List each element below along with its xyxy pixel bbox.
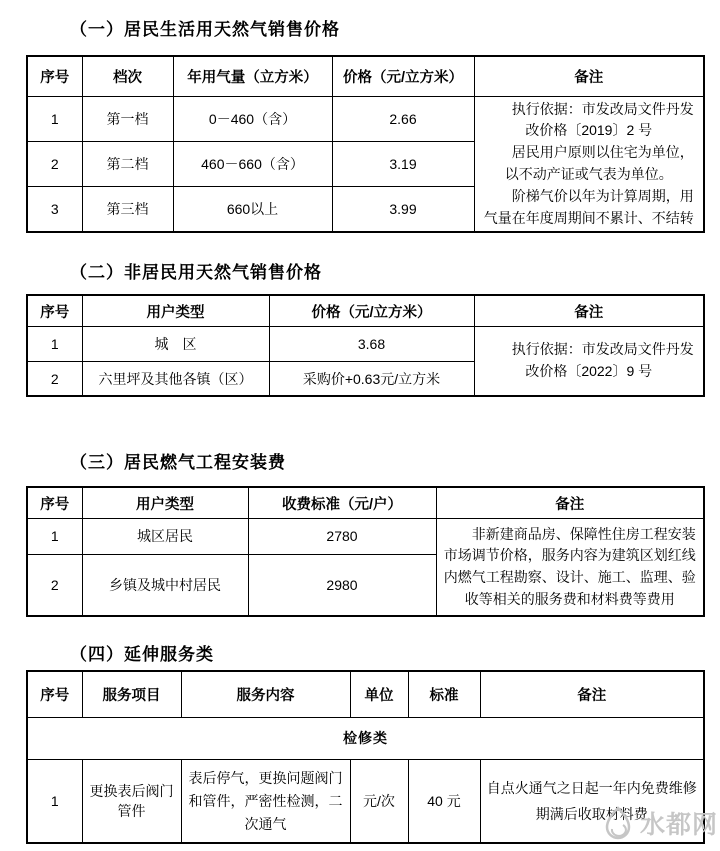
cell-service-item: 更换表后阀门管件 [82, 759, 181, 843]
cell-seq: 3 [27, 187, 82, 233]
group-label-cell: 检修类 [27, 717, 704, 759]
col-header-unit: 单位 [350, 671, 408, 717]
cell-price: 3.19 [332, 141, 474, 186]
cell-unit: 元/次 [350, 759, 408, 843]
remark-cell: 自点火通气之日起一年内免费维修期满后收取材料费 [480, 759, 704, 843]
remark-paragraph: 阶梯气价以年为计算周期，用气量在年度周期间不累计、不结转 [479, 186, 700, 230]
cell-user-type: 乡镇及城中村居民 [82, 554, 248, 616]
cell-user-type: 城 区 [82, 326, 269, 361]
cell-seq: 1 [27, 96, 82, 141]
table-header-row: 序号 服务项目 服务内容 单位 标准 备注 [27, 671, 704, 717]
remark-paragraph: 执行依据：市发改局文件丹发改价格〔2022〕9 号 [479, 339, 700, 383]
cell-seq: 1 [27, 518, 82, 554]
cell-user-type: 城区居民 [82, 518, 248, 554]
document-page: （一）居民生活用天然气销售价格 序号 档次 年用气量（立方米） 价格（元/立方米… [0, 0, 720, 851]
cell-seq: 2 [27, 554, 82, 616]
col-header-seq: 序号 [27, 295, 82, 326]
col-header-tier: 档次 [82, 56, 173, 96]
remark-paragraph: 执行依据：市发改局文件丹发改价格〔2019〕2 号 [479, 99, 700, 143]
cell-tier: 第三档 [82, 187, 173, 233]
table-row: 1 更换表后阀门管件 表后停气，更换问题阀门和管件，严密性检测，二次通气 元/次… [27, 759, 704, 843]
table-row: 1 城区居民 2780 非新建商品房、保障性住房工程安装市场调节价格，服务内容为… [27, 518, 704, 554]
col-header-service-item: 服务项目 [82, 671, 181, 717]
table-row: 1 城 区 3.68 执行依据：市发改局文件丹发改价格〔2022〕9 号 [27, 326, 704, 361]
remark-paragraph: 居民用户原则以住宅为单位，以不动产证或气表为单位。 [479, 142, 700, 186]
cell-seq: 2 [27, 361, 82, 396]
remark-paragraph: 非新建商品房、保障性住房工程安装市场调节价格，服务内容为建筑区划红线内燃气工程勘… [441, 524, 700, 611]
non-residential-gas-price-table: 序号 用户类型 价格（元/立方米） 备注 1 城 区 3.68 执行依据：市发改… [26, 294, 705, 397]
col-header-remark: 备注 [480, 671, 704, 717]
col-header-remark: 备注 [474, 56, 704, 96]
remark-cell: 执行依据：市发改局文件丹发改价格〔2022〕9 号 [474, 326, 704, 396]
table-header-row: 序号 用户类型 价格（元/立方米） 备注 [27, 295, 704, 326]
col-header-fee-standard: 收费标准（元/户） [248, 487, 436, 518]
table-header-row: 序号 用户类型 收费标准（元/户） 备注 [27, 487, 704, 518]
cell-seq: 1 [27, 326, 82, 361]
cell-volume: 460－660（含） [173, 141, 332, 186]
col-header-remark: 备注 [474, 295, 704, 326]
cell-fee: 2980 [248, 554, 436, 616]
cell-price: 采购价+0.63元/立方米 [269, 361, 474, 396]
extended-services-table: 序号 服务项目 服务内容 单位 标准 备注 检修类 1 更换表后阀门管件 表后停… [26, 670, 705, 844]
col-header-service-content: 服务内容 [181, 671, 350, 717]
cell-standard: 40 元 [408, 759, 480, 843]
cell-fee: 2780 [248, 518, 436, 554]
cell-price: 3.68 [269, 326, 474, 361]
cell-seq: 2 [27, 141, 82, 186]
col-header-standard: 标准 [408, 671, 480, 717]
cell-volume: 660以上 [173, 187, 332, 233]
cell-seq: 1 [27, 759, 82, 843]
col-header-remark: 备注 [436, 487, 704, 518]
col-header-seq: 序号 [27, 671, 82, 717]
col-header-price: 价格（元/立方米） [269, 295, 474, 326]
section-3-title: （三）居民燃气工程安装费 [70, 451, 720, 474]
residential-gas-price-table: 序号 档次 年用气量（立方米） 价格（元/立方米） 备注 1 第一档 0－460… [26, 55, 705, 233]
cell-price: 3.99 [332, 187, 474, 233]
cell-user-type: 六里坪及其他各镇（区） [82, 361, 269, 396]
cell-price: 2.66 [332, 96, 474, 141]
cell-tier: 第一档 [82, 96, 173, 141]
table-row: 1 第一档 0－460（含） 2.66 执行依据：市发改局文件丹发改价格〔201… [27, 96, 704, 141]
cell-service-content: 表后停气，更换问题阀门和管件，严密性检测，二次通气 [181, 759, 350, 843]
col-header-user-type: 用户类型 [82, 295, 269, 326]
installation-fee-table: 序号 用户类型 收费标准（元/户） 备注 1 城区居民 2780 非新建商品房、… [26, 486, 705, 617]
table-header-row: 序号 档次 年用气量（立方米） 价格（元/立方米） 备注 [27, 56, 704, 96]
col-header-seq: 序号 [27, 56, 82, 96]
remark-cell: 非新建商品房、保障性住房工程安装市场调节价格，服务内容为建筑区划红线内燃气工程勘… [436, 518, 704, 616]
section-4-title: （四）延伸服务类 [70, 643, 720, 666]
table-group-row: 检修类 [27, 717, 704, 759]
col-header-annual-volume: 年用气量（立方米） [173, 56, 332, 96]
section-2-title: （二）非居民用天然气销售价格 [70, 261, 720, 284]
col-header-user-type: 用户类型 [82, 487, 248, 518]
remark-cell: 执行依据：市发改局文件丹发改价格〔2019〕2 号 居民用户原则以住宅为单位，以… [474, 96, 704, 232]
cell-tier: 第二档 [82, 141, 173, 186]
cell-volume: 0－460（含） [173, 96, 332, 141]
col-header-price: 价格（元/立方米） [332, 56, 474, 96]
section-1-title: （一）居民生活用天然气销售价格 [70, 18, 720, 41]
col-header-seq: 序号 [27, 487, 82, 518]
